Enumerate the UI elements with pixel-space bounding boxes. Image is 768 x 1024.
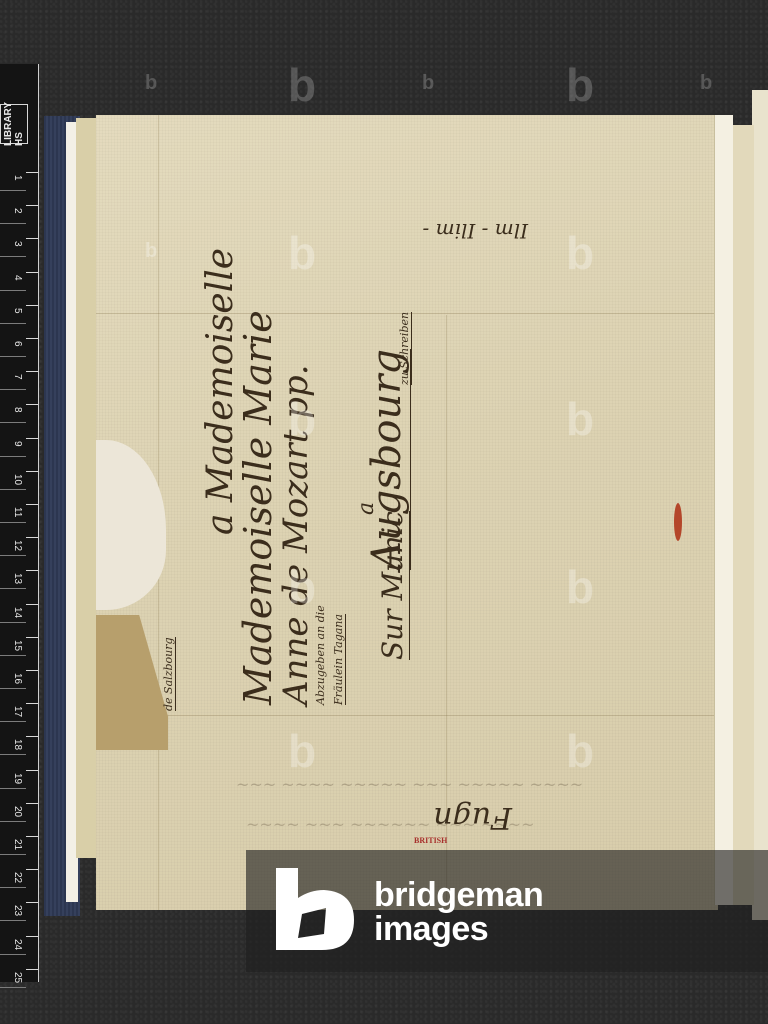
tick-label: 6 [12,341,23,347]
tick-label: 9 [12,441,23,447]
watermark-b-icon: b [700,72,712,95]
ruler-divider [0,821,26,822]
tick-mark [26,305,38,306]
tick-mark [26,936,38,937]
ruler-tick: 4 [0,272,38,273]
tick-label: 11 [12,507,23,517]
watermark-b-icon: b [288,724,316,778]
ruler-tick: 23 [0,902,38,903]
ruler-tick: 20 [0,803,38,804]
ruler-divider [0,290,26,291]
tick-mark [26,770,38,771]
tick-label: 15 [12,640,23,651]
tick-mark [26,604,38,605]
ruler-divider [0,588,26,589]
show-through-text: ~~~~ ~~~ ~~~~~~ ~~~ ~~~~ [246,815,534,834]
tick-label: 4 [12,275,23,281]
ruler-tick: 3 [0,238,38,239]
paper-repair-white [96,440,166,610]
tick-mark [26,736,38,737]
ruler-tick: 9 [0,438,38,439]
ruler-divider [0,954,26,955]
tick-label: 1 [12,175,23,181]
side-note-2: Fräulein Tagana [332,614,346,705]
tick-label: 3 [12,241,23,247]
fold-line [96,715,718,716]
ruler-divider [0,655,26,656]
ruler-tick: 21 [0,836,38,837]
address-line-2: Mademoiselle Marie [236,310,280,705]
tick-mark [26,869,38,870]
tick-label: 23 [12,905,23,916]
watermark-b-icon: b [145,72,157,95]
ruler-tick: 25 [0,969,38,970]
ruler-tick: 13 [0,570,38,571]
watermark-b-icon: b [288,226,316,280]
ruler-divider [0,555,26,556]
tick-mark [26,670,38,671]
tick-label: 24 [12,939,23,950]
tick-label: 17 [12,706,23,717]
tick-label: 18 [12,739,23,750]
watermark-b-icon: b [288,58,316,112]
watermark-b-icon: b [566,560,594,614]
ruler-divider [0,522,26,523]
watermark-b-icon: b [566,724,594,778]
brand-line-1: bridgeman [374,878,543,912]
tick-mark [26,969,38,970]
wax-seal-fragment [674,503,682,541]
tick-mark [26,902,38,903]
address-line-1: a Mademoiselle [200,248,241,535]
ruler-divider [0,987,26,988]
ruler-tick: 1 [0,172,38,173]
ruler-tick: 19 [0,770,38,771]
tick-mark [26,836,38,837]
ruler-tick: 18 [0,736,38,737]
postmark-origin: de Salzbourg [162,637,176,711]
tick-label: 12 [12,540,23,551]
tick-label: 19 [12,773,23,784]
tick-mark [26,471,38,472]
tick-mark [26,570,38,571]
tick-mark [26,404,38,405]
ruler-divider [0,688,26,689]
tick-mark [26,703,38,704]
ruler-divider [0,489,26,490]
tick-mark [26,803,38,804]
tick-label: 5 [12,308,23,314]
ruler-scale: 1234567891011121314151617181920212223242… [0,146,38,976]
side-note-3: zu Schreiben [398,312,412,385]
book-cover-right [752,90,768,920]
tick-label: 2 [12,208,23,214]
tick-mark [26,537,38,538]
ruler-tick: 24 [0,936,38,937]
tick-label: 14 [12,607,23,618]
address-route: Sur Munic [376,511,410,660]
tick-label: 10 [12,474,23,485]
tick-label: 7 [12,374,23,380]
ruler-tick: 10 [0,471,38,472]
tick-mark [26,504,38,505]
tick-mark [26,272,38,273]
ruler-tick: 2 [0,205,38,206]
tick-label: 21 [12,839,23,850]
ruler-tick: 5 [0,305,38,306]
ruler-divider [0,721,26,722]
tick-label: 13 [12,573,23,584]
ruler-divider [0,389,26,390]
bridgeman-logo-icon [276,868,354,950]
tick-label: 22 [12,872,23,883]
ruler-divider [0,356,26,357]
ruler-divider [0,422,26,423]
brand-line-2: images [374,912,543,946]
page-gutter-strip [714,115,733,905]
tick-mark [26,172,38,173]
ruler-tick: 11 [0,504,38,505]
ruler-divider [0,223,26,224]
side-note-1: Abzugeben an die [314,605,327,705]
ruler-tick: 14 [0,604,38,605]
watermark-b-icon: b [145,240,157,263]
tick-mark [26,338,38,339]
bridgeman-watermark-banner: bridgeman images [246,850,768,972]
ruler-tick: 16 [0,670,38,671]
british-museum-stamp: BRITISH [414,836,447,845]
tick-label: 16 [12,673,23,684]
tick-mark [26,238,38,239]
ruler-divider [0,456,26,457]
measurement-ruler: LIBRARY HS 12345678910111213141516171819… [0,64,39,982]
ruler-divider [0,190,26,191]
bridgeman-wordmark: bridgeman images [374,878,543,946]
watermark-b-icon: b [566,226,594,280]
inverted-text-top: Ilm - Ilim - [422,219,528,243]
tick-label: 25 [12,972,23,983]
ruler-divider [0,256,26,257]
ruler-divider [0,754,26,755]
ruler-divider [0,622,26,623]
watermark-b-icon: b [566,58,594,112]
watermark-b-icon: b [566,392,594,446]
tick-mark [26,371,38,372]
tick-label: 20 [12,806,23,817]
tick-mark [26,205,38,206]
watermark-b-icon: b [288,560,316,614]
ruler-label: LIBRARY HS [0,104,28,144]
ruler-divider [0,920,26,921]
ruler-tick: 22 [0,869,38,870]
ruler-tick: 7 [0,371,38,372]
ruler-tick: 6 [0,338,38,339]
ruler-divider [0,854,26,855]
facing-page [732,125,754,905]
tick-mark [26,637,38,638]
watermark-b-icon: b [422,72,434,95]
tick-mark [26,438,38,439]
ruler-divider [0,323,26,324]
ruler-tick: 15 [0,637,38,638]
ruler-tick: 12 [0,537,38,538]
watermark-b-icon: b [288,392,316,446]
ruler-divider [0,887,26,888]
ruler-tick: 8 [0,404,38,405]
ruler-tick: 17 [0,703,38,704]
tick-label: 8 [12,407,23,413]
ruler-divider [0,788,26,789]
letter-page: Ilm - Ilim - a Mademoiselle Mademoiselle… [96,115,718,910]
